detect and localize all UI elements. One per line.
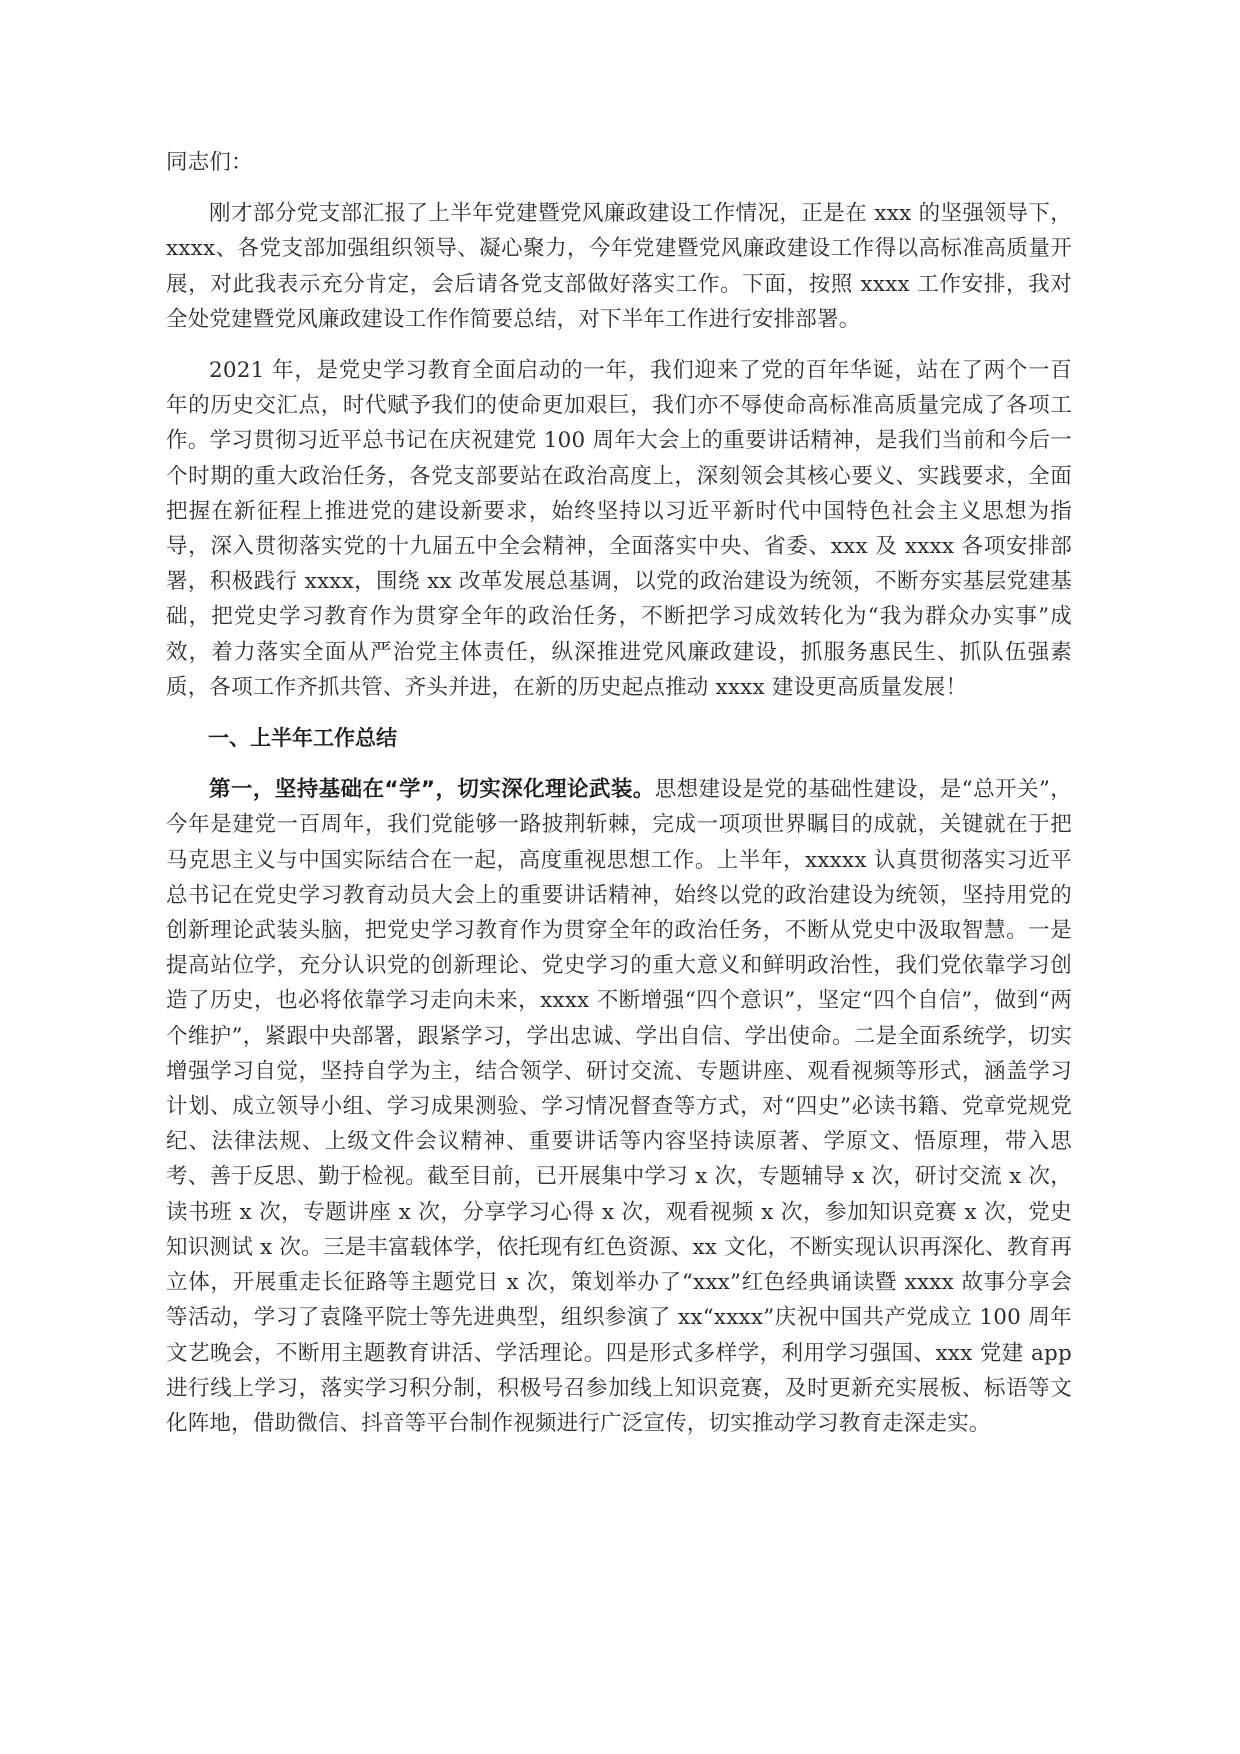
section-paragraph: 第一，坚持基础在“学”，切实深化理论武装。思想建设是党的基础性建设，是“总开关”… bbox=[166, 772, 1072, 1441]
section-lead-sentence: 第一，坚持基础在“学”，切实深化理论武装。 bbox=[209, 777, 655, 802]
context-paragraph: 2021 年，是党史学习教育全面启动的一年，我们迎来了党的百年华诞，站在了两个一… bbox=[166, 353, 1072, 705]
section-body-text: 思想建设是党的基础性建设，是“总开关”，今年是建党一百周年，我们党能够一路披荆斩… bbox=[166, 777, 1072, 1436]
section-heading: 一、上半年工作总结 bbox=[166, 721, 1072, 756]
document-page: 同志们： 刚才部分党支部汇报了上半年党建暨党风廉政建设工作情况，正是在 xxx … bbox=[166, 145, 1072, 1441]
intro-paragraph: 刚才部分党支部汇报了上半年党建暨党风廉政建设工作情况，正是在 xxx 的坚强领导… bbox=[166, 196, 1072, 337]
salutation: 同志们： bbox=[166, 145, 1072, 180]
